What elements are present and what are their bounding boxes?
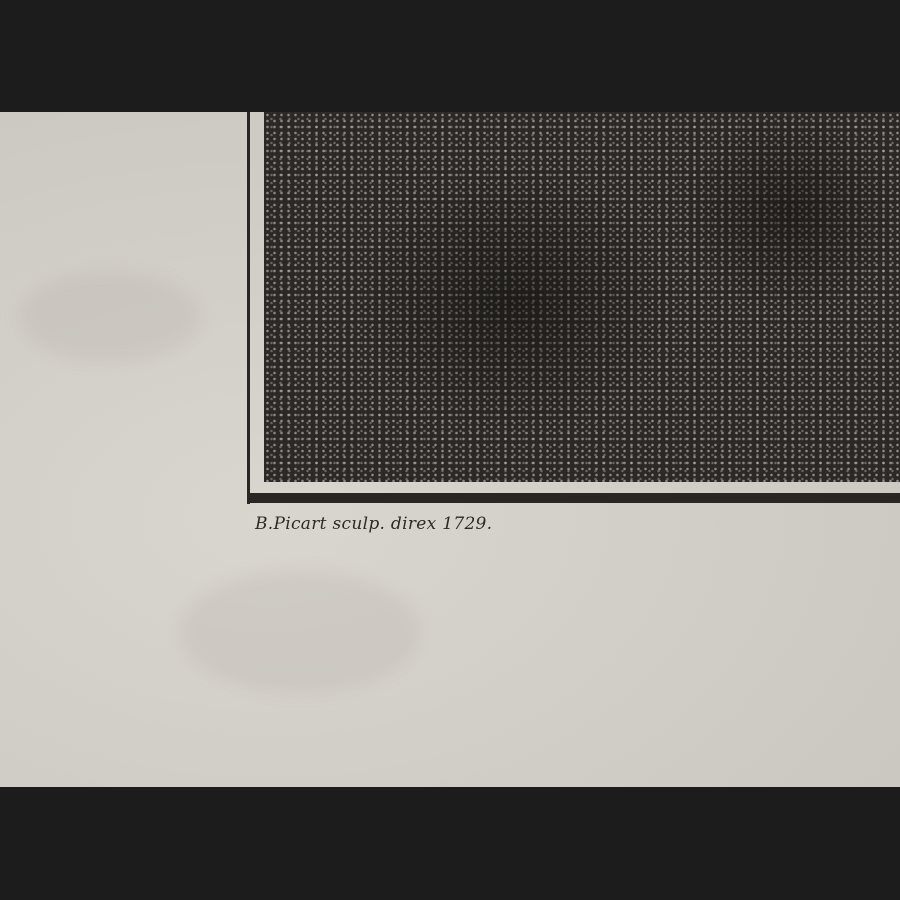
engraver-signature: B.Picart sculp. direx 1729. xyxy=(255,514,492,534)
paper-stain xyxy=(180,572,420,692)
paper-sheet: B.Picart sculp. direx 1729. xyxy=(0,112,900,787)
plate-border-bottom xyxy=(247,493,900,503)
engraving-shadow xyxy=(354,172,674,432)
paper-stain xyxy=(20,272,200,362)
top-black-border xyxy=(0,0,900,112)
bottom-black-border xyxy=(0,787,900,900)
plate-border-left xyxy=(247,112,250,504)
engraving-shadow xyxy=(680,112,900,312)
engraved-image-area xyxy=(264,112,900,482)
